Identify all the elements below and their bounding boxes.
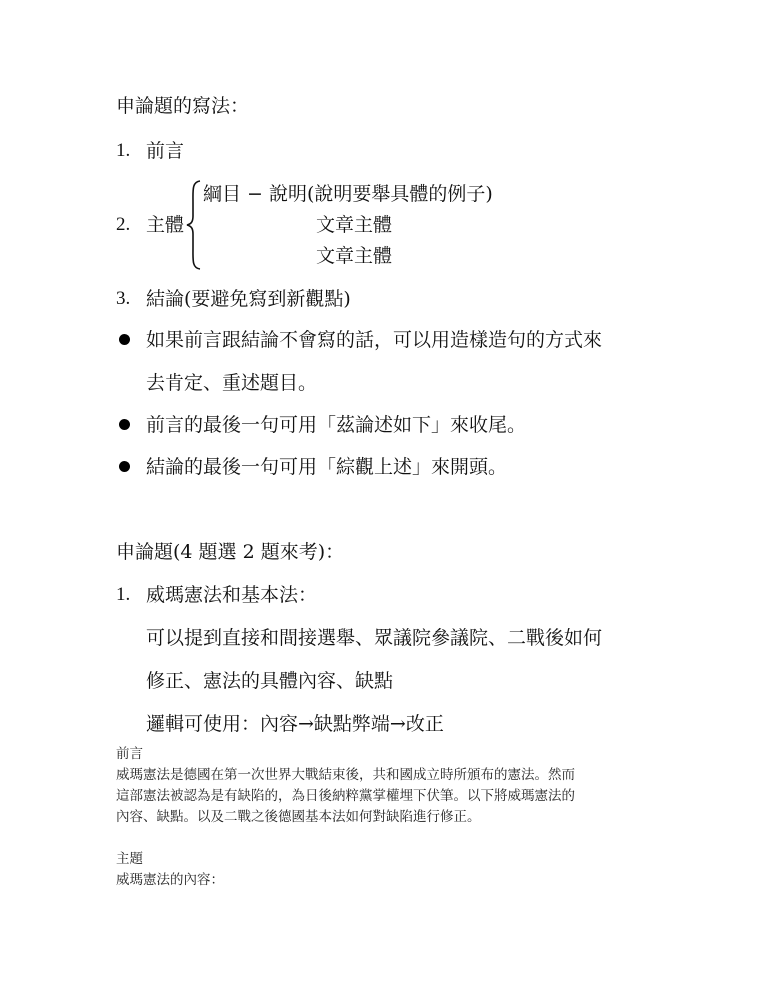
essay-body-line: 威瑪憲法的內容：: [116, 870, 224, 890]
essay-intro-line: 這部憲法被認為是有缺陷的，為日後納粹黨掌權埋下伏筆。以下將威瑪憲法的: [116, 786, 575, 806]
essay-intro-line: 威瑪憲法是德國在第一次世界大戰結束後，共和國成立時所頒布的憲法。然而: [116, 765, 575, 785]
essay-intro-line: 內容、缺點。以及二戰之後德國基本法如何對缺陷進行修正。: [116, 807, 481, 827]
bullet-text: 前言的最後一句可用「茲論述如下」來收尾。: [146, 414, 526, 436]
section-title-essay-questions: 申論題(4 題選 2 題來考)：: [116, 541, 344, 563]
list-number: 1.: [116, 584, 130, 606]
bullet-text-continued: 去肯定、重述題目。: [146, 372, 317, 394]
section-title-writing-method: 申論題的寫法：: [116, 95, 249, 117]
list-item-body: 主體: [146, 214, 184, 236]
list-number: 3.: [116, 288, 130, 310]
essay-body-heading: 主題: [116, 849, 143, 869]
list-item-logic: 邏輯可使用：內容→缺點弊端→改正: [146, 713, 444, 735]
list-number: 2.: [116, 214, 130, 236]
bullet-icon: [119, 334, 130, 345]
list-item-conclusion: 結論(要避免寫到新觀點): [146, 288, 351, 310]
essay-intro-heading: 前言: [116, 744, 143, 764]
curly-brace-icon: [186, 180, 202, 270]
brace-line-body: 文章主體: [316, 214, 392, 236]
bullet-text: 結論的最後一句可用「綜觀上述」來開頭。: [146, 456, 507, 478]
list-item-detail: 可以提到直接和間接選舉、眾議院參議院、二戰後如何: [146, 627, 602, 649]
document-page: 申論題的寫法： 1. 前言 2. 主體 綱目 − 說明(說明要舉具體的例子) 文…: [0, 0, 768, 994]
bullet-icon: [119, 461, 130, 472]
brace-line-body: 文章主體: [316, 245, 392, 267]
list-item-intro: 前言: [146, 140, 184, 162]
list-number: 1.: [116, 140, 130, 162]
list-item-weimar: 威瑪憲法和基本法：: [146, 584, 317, 606]
brace-line-outline: 綱目 − 說明(說明要舉具體的例子): [203, 183, 493, 205]
bullet-icon: [119, 419, 130, 430]
bullet-text: 如果前言跟結論不會寫的話，可以用造樣造句的方式來: [146, 329, 602, 351]
list-item-detail: 修正、憲法的具體內容、缺點: [146, 670, 393, 692]
